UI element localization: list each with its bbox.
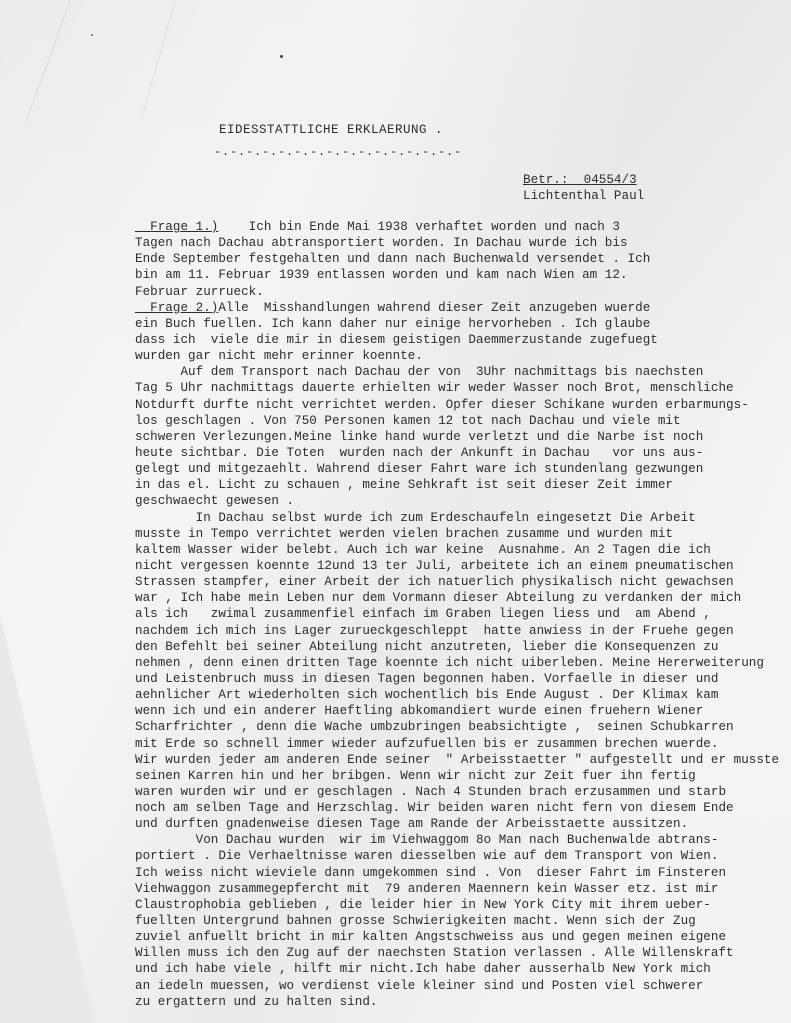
person-name: Lichtenthal Paul: [523, 189, 644, 203]
line-text: mit Erde so schnell immer wieder aufzufu…: [135, 737, 718, 751]
text-line: nachdem ich mich ins Lager zurueckgeschl…: [135, 623, 791, 639]
text-line: musste in Tempo verrichtet werden vielen…: [135, 526, 791, 542]
text-line: noch am selben Tage and Herzschlag. Wir …: [135, 800, 791, 816]
line-text: aehnlicher Art wiederholten sich wochent…: [135, 688, 718, 702]
text-line: Scharfrichter , denn die Wache umbzubrin…: [135, 719, 791, 735]
line-text: Ich weiss nicht wieviele dann umgekommen…: [135, 866, 726, 880]
ink-speck: [91, 34, 93, 36]
line-text: Alle Misshandlungen wahrend dieser Zeit …: [218, 301, 650, 315]
line-text: in das el. Licht zu schauen , meine Sehk…: [135, 478, 673, 492]
text-line: und Leistenbruch muss in diesen Tagen be…: [135, 671, 791, 687]
line-text: Von Dachau wurden wir im Viehwaggom 8o M…: [135, 833, 718, 847]
line-text: Februar zurrueck.: [135, 285, 264, 299]
text-line: in das el. Licht zu schauen , meine Sehk…: [135, 477, 791, 493]
text-line: Februar zurrueck.: [135, 284, 791, 300]
text-line: zuviel anfuellt bricht in mir kalten Ang…: [135, 929, 791, 945]
text-line: zu ergattern und zu halten sind.: [135, 994, 791, 1010]
line-text: dass ich viele die mir in diesem geistig…: [135, 333, 658, 347]
line-text: noch am selben Tage and Herzschlag. Wir …: [135, 801, 734, 815]
text-line: geschwaecht gewesen .: [135, 493, 791, 509]
text-line: ein Buch fuellen. Ich kann daher nur ein…: [135, 316, 791, 332]
text-line: heute sichtbar. Die Toten wurden nach de…: [135, 445, 791, 461]
document-title: EIDESSTATTLICHE ERKLAERUNG .: [219, 123, 443, 137]
line-text: Tag 5 Uhr nachmittags dauerte erhielten …: [135, 381, 734, 395]
text-line: Von Dachau wurden wir im Viehwaggom 8o M…: [135, 832, 791, 848]
text-line: Frage 1.) Ich bin Ende Mai 1938 verhafte…: [135, 219, 791, 235]
line-text: zu ergattern und zu halten sind.: [135, 995, 377, 1009]
text-line: seinen Karren hin und her bribgen. Wenn …: [135, 768, 791, 784]
text-line: den Befehlt bei seiner Abteilung nicht a…: [135, 639, 791, 655]
text-line: dass ich viele die mir in diesem geistig…: [135, 332, 791, 348]
line-text: Claustrophobia geblieben , die leider hi…: [135, 898, 711, 912]
text-line: nicht vergessen koennte 12und 13 ter Jul…: [135, 558, 791, 574]
text-line: Auf dem Transport nach Dachau der von 3U…: [135, 364, 791, 380]
title-underline-rule: -.-.-.-.-.-.-.-.-.-.-.-.-.-.-.-: [214, 145, 462, 159]
text-line: aehnlicher Art wiederholten sich wochent…: [135, 687, 791, 703]
line-text: geschwaecht gewesen .: [135, 494, 294, 508]
text-line: nehmen , denn einen dritten Tage koennte…: [135, 655, 791, 671]
line-text: kaltem Wasser wider belebt. Auch ich war…: [135, 543, 711, 557]
text-line: In Dachau selbst wurde ich zum Erdeschau…: [135, 510, 791, 526]
text-line: Claustrophobia geblieben , die leider hi…: [135, 897, 791, 913]
text-line: wenn ich und ein anderer Haeftling abkom…: [135, 703, 791, 719]
line-text: den Befehlt bei seiner Abteilung nicht a…: [135, 640, 718, 654]
text-line: Tag 5 Uhr nachmittags dauerte erhielten …: [135, 380, 791, 396]
question-label: Frage 2.): [135, 301, 218, 315]
line-text: Willen muss ich den Zug auf der naechste…: [135, 946, 734, 960]
text-line: kaltem Wasser wider belebt. Auch ich war…: [135, 542, 791, 558]
line-text: In Dachau selbst wurde ich zum Erdeschau…: [135, 511, 696, 525]
text-line: schweren Verlezungen.Meine linke hand wu…: [135, 429, 791, 445]
line-text: wenn ich und ein anderer Haeftling abkom…: [135, 704, 703, 718]
line-text: bin am 11. Februar 1939 entlassen worden…: [135, 268, 628, 282]
statement-body: Frage 1.) Ich bin Ende Mai 1938 verhafte…: [135, 219, 791, 1010]
line-text: Viehwaggon zusammegepfercht mit 79 ander…: [135, 882, 718, 896]
question-label: Frage 1.): [135, 220, 218, 234]
text-line: an iedeln muessen, wo verdienst viele kl…: [135, 978, 791, 994]
line-text: Auf dem Transport nach Dachau der von 3U…: [135, 365, 703, 379]
reference-number: 04554/3: [584, 173, 637, 187]
text-line: portiert . Die Verhaeltnisse waren diess…: [135, 848, 791, 864]
text-line: fuellten Untergrund bahnen grosse Schwie…: [135, 913, 791, 929]
text-line: Notdurft durfte nicht verrichtet werden.…: [135, 397, 791, 413]
line-text: und Leistenbruch muss in diesen Tagen be…: [135, 672, 718, 686]
line-text: Notdurft durfte nicht verrichtet werden.…: [135, 398, 749, 412]
line-text: schweren Verlezungen.Meine linke hand wu…: [135, 430, 703, 444]
line-text: los geschlagen . Von 750 Personen kamen …: [135, 414, 681, 428]
line-text: und ich habe viele , hilft mir nicht.Ich…: [135, 962, 711, 976]
line-text: Scharfrichter , denn die Wache umbzubrin…: [135, 720, 734, 734]
text-line: Ich weiss nicht wieviele dann umgekommen…: [135, 865, 791, 881]
text-line: waren wurden wir und er geschlagen . Nac…: [135, 784, 791, 800]
text-line: mit Erde so schnell immer wieder aufzufu…: [135, 736, 791, 752]
line-text: waren wurden wir und er geschlagen . Nac…: [135, 785, 726, 799]
line-text: wurden gar nicht mehr erinner koennte.: [135, 349, 423, 363]
text-line: wurden gar nicht mehr erinner koennte.: [135, 348, 791, 364]
line-text: zuviel anfuellt bricht in mir kalten Ang…: [135, 930, 726, 944]
text-line: Tagen nach Dachau abtransportiert worden…: [135, 235, 791, 251]
text-line: Ende September festgehalten und dann nac…: [135, 251, 791, 267]
line-text: Ich bin Ende Mai 1938 verhaftet worden u…: [218, 220, 620, 234]
line-text: gelegt und mitgezaehlt. Wahrend dieser F…: [135, 462, 703, 476]
line-text: heute sichtbar. Die Toten wurden nach de…: [135, 446, 703, 460]
text-line: und ich habe viele , hilft mir nicht.Ich…: [135, 961, 791, 977]
line-text: war , Ich habe mein Leben nur dem Vorman…: [135, 591, 741, 605]
line-text: nachdem ich mich ins Lager zurueckgeschl…: [135, 624, 734, 638]
line-text: als ich zwimal zusammenfiel einfach im G…: [135, 607, 711, 621]
line-text: nicht vergessen koennte 12und 13 ter Jul…: [135, 559, 734, 573]
line-text: Tagen nach Dachau abtransportiert worden…: [135, 236, 628, 250]
text-line: Viehwaggon zusammegepfercht mit 79 ander…: [135, 881, 791, 897]
text-line: bin am 11. Februar 1939 entlassen worden…: [135, 267, 791, 283]
ink-speck: [280, 55, 283, 58]
line-text: Ende September festgehalten und dann nac…: [135, 252, 650, 266]
text-line: Frage 2.)Alle Misshandlungen wahrend die…: [135, 300, 791, 316]
text-line: Wir wurden jeder am anderen Ende seiner …: [135, 752, 791, 768]
text-line: als ich zwimal zusammenfiel einfach im G…: [135, 606, 791, 622]
text-line: und durften gnadenweise diesen Tage am R…: [135, 816, 791, 832]
line-text: Strassen stampfer, einer Arbeit der ich …: [135, 575, 734, 589]
text-line: los geschlagen . Von 750 Personen kamen …: [135, 413, 791, 429]
line-text: seinen Karren hin und her bribgen. Wenn …: [135, 769, 696, 783]
line-text: musste in Tempo verrichtet werden vielen…: [135, 527, 673, 541]
text-line: gelegt und mitgezaehlt. Wahrend dieser F…: [135, 461, 791, 477]
line-text: Wir wurden jeder am anderen Ende seiner …: [135, 753, 779, 767]
text-line: Strassen stampfer, einer Arbeit der ich …: [135, 574, 791, 590]
line-text: an iedeln muessen, wo verdienst viele kl…: [135, 979, 703, 993]
line-text: portiert . Die Verhaeltnisse waren diess…: [135, 849, 718, 863]
line-text: nehmen , denn einen dritten Tage koennte…: [135, 656, 764, 670]
line-text: und durften gnadenweise diesen Tage am R…: [135, 817, 688, 831]
line-text: fuellten Untergrund bahnen grosse Schwie…: [135, 914, 696, 928]
text-line: war , Ich habe mein Leben nur dem Vorman…: [135, 590, 791, 606]
reference-line: Betr.: 04554/3: [523, 173, 637, 187]
line-text: ein Buch fuellen. Ich kann daher nur ein…: [135, 317, 650, 331]
reference-label: Betr.:: [523, 173, 568, 187]
text-line: Willen muss ich den Zug auf der naechste…: [135, 945, 791, 961]
